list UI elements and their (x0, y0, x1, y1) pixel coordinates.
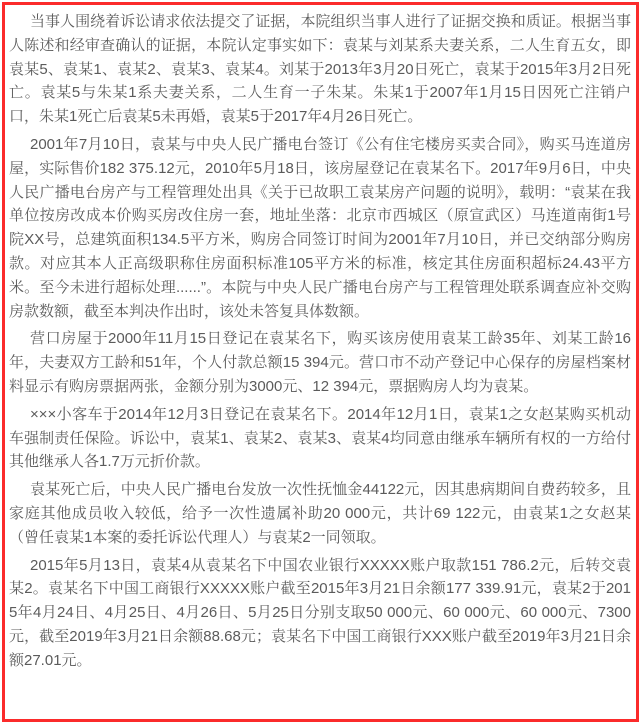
document-page: 当事人围绕着诉讼请求依法提交了证据，本院组织当事人进行了证据交换和质证。根据当事… (2, 2, 639, 722)
paragraph-yingkou-house: 营口房屋于2000年11月15日登记在袁某名下，购买该房使用袁某工龄35年、刘某… (9, 327, 631, 398)
paragraph-malian-road-house: 2001年7月10日，袁某与中央人民广播电台签订《公有住宅楼房买卖合同》，购买马… (9, 133, 631, 323)
paragraph-death-benefits: 袁某死亡后，中央人民广播电台发放一次性抚恤金44122元，因其患病期间自费药较多… (9, 478, 631, 549)
paragraph-passenger-car: ×××小客车于2014年12月3日登记在袁某名下。2014年12月1日，袁某1之… (9, 403, 631, 474)
paragraph-evidence-and-family-facts: 当事人围绕着诉讼请求依法提交了证据，本院组织当事人进行了证据交换和质证。根据当事… (9, 10, 631, 129)
paragraph-bank-accounts: 2015年5月13日，袁某4从袁某名下中国农业银行XXXXX账户取款151 78… (9, 554, 631, 673)
